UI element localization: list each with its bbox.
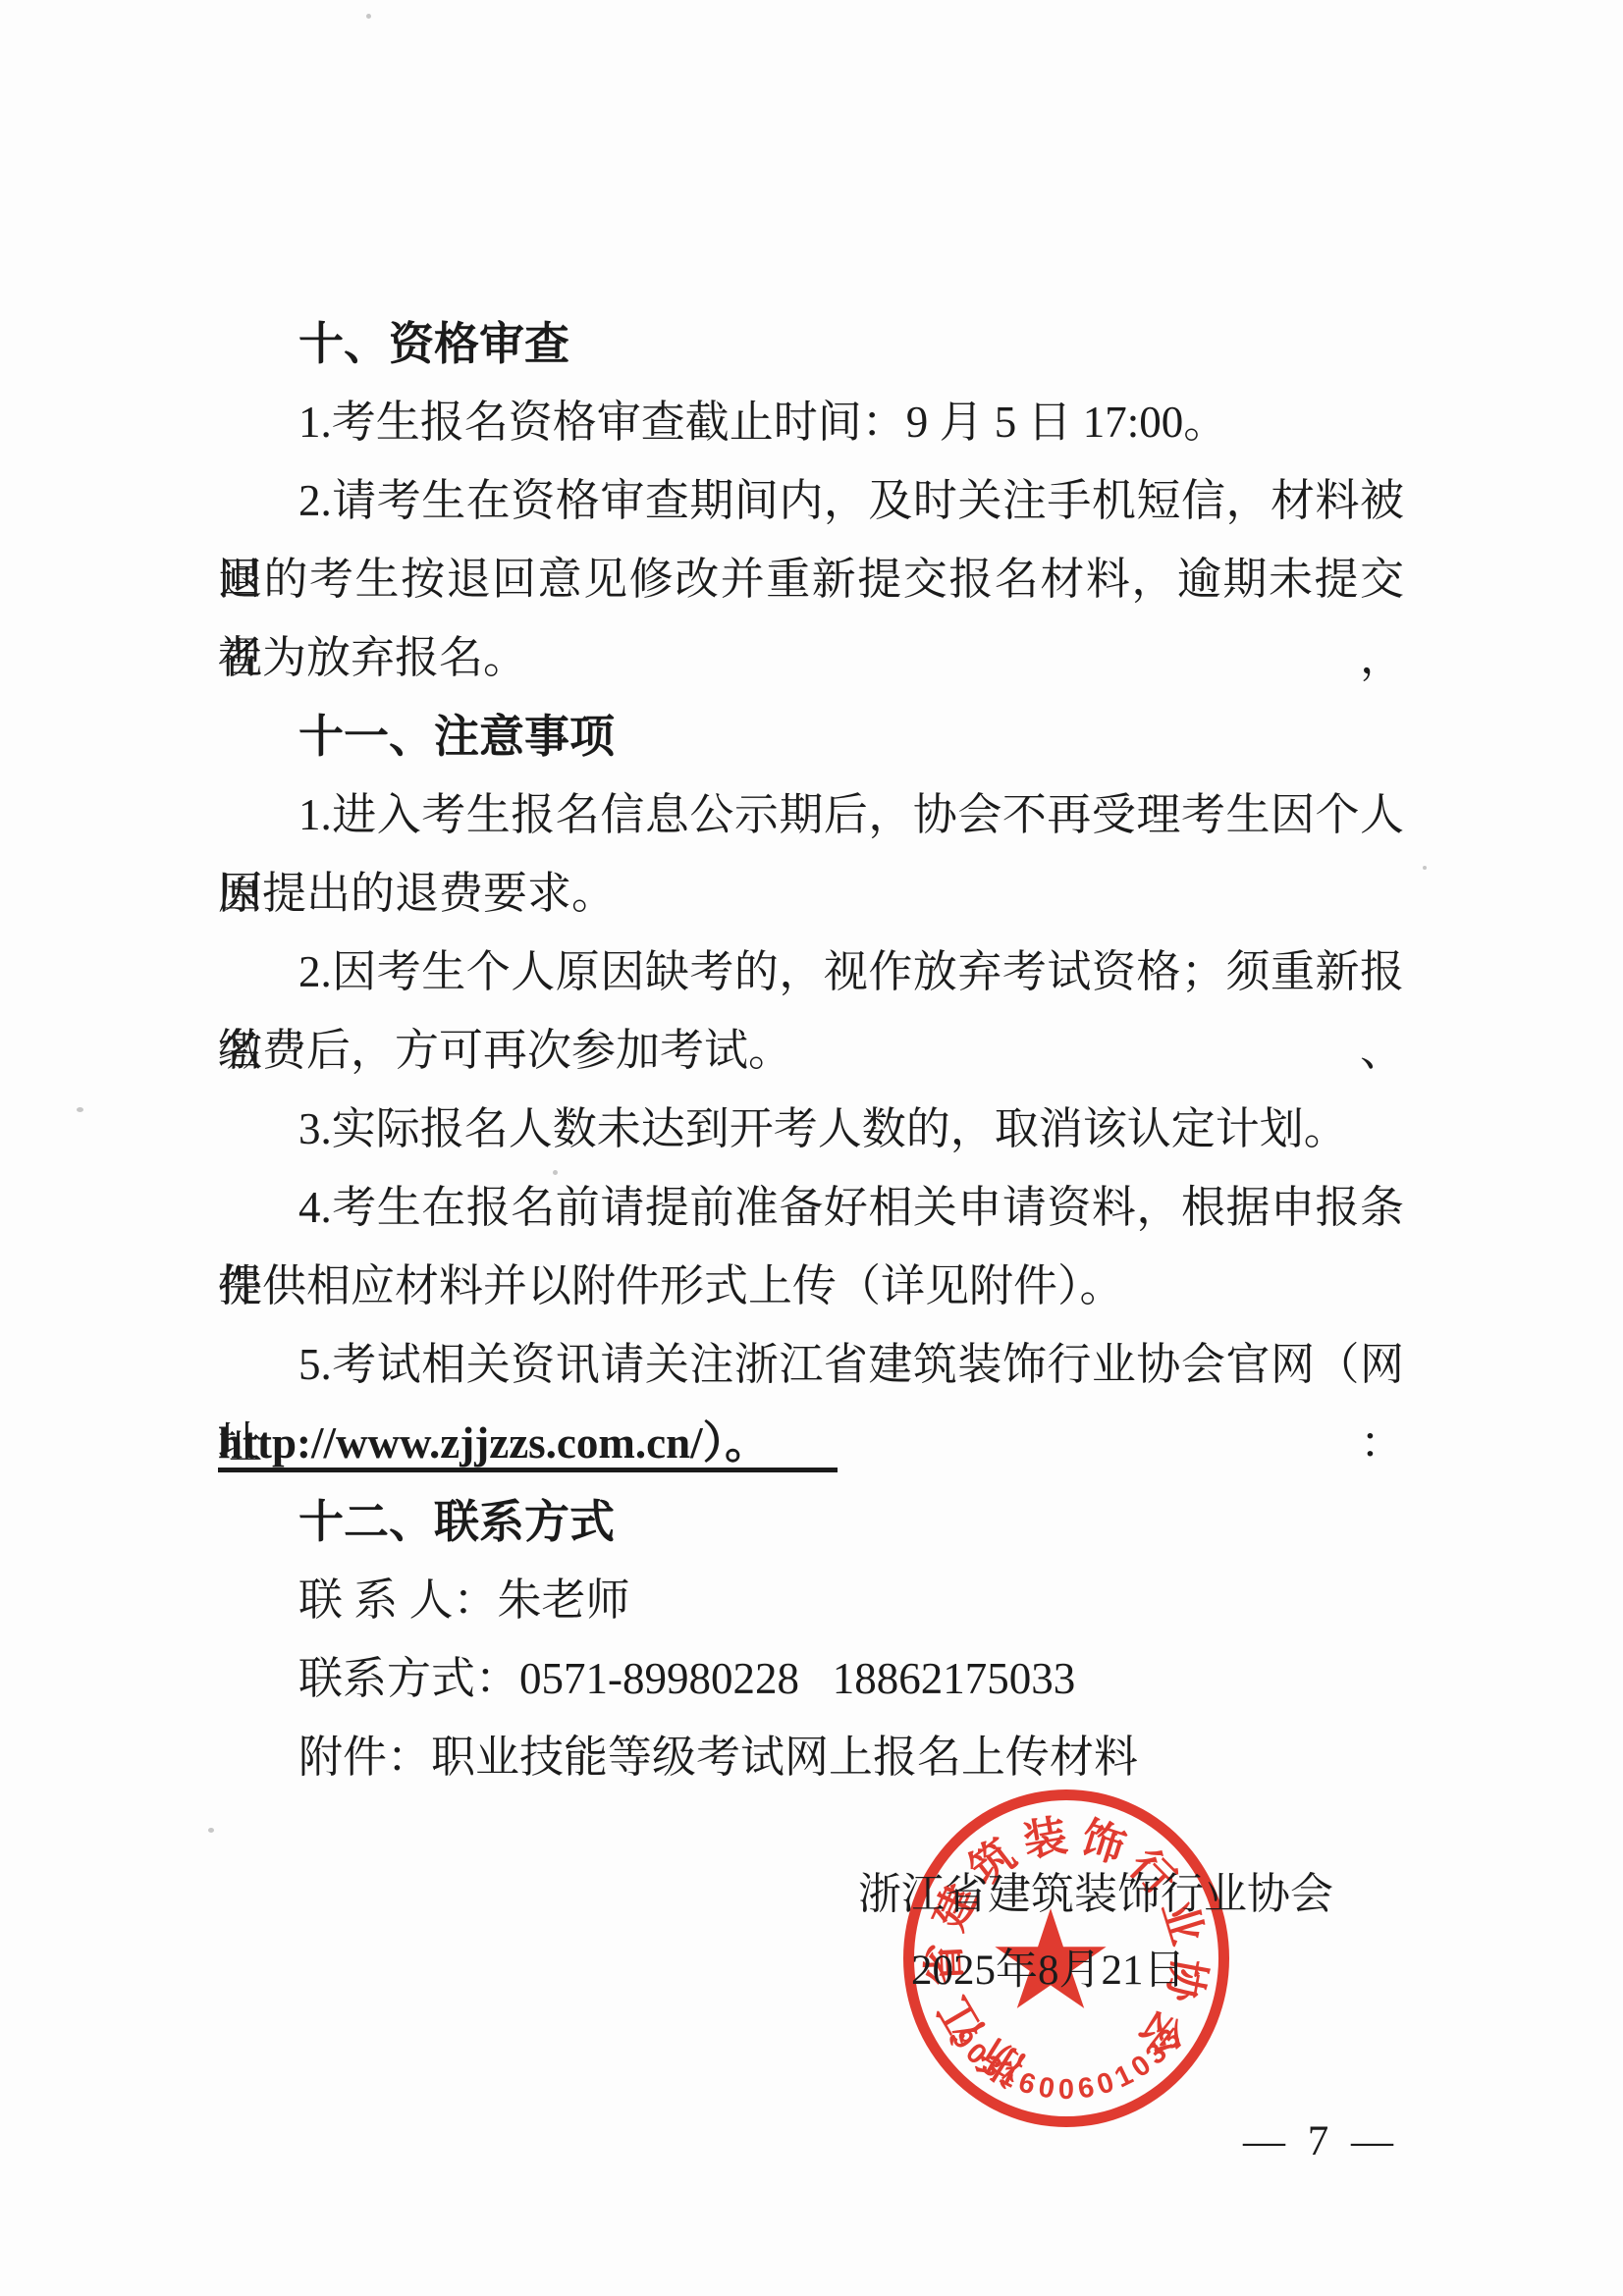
document-line: 因提出的退费要求。 [218,854,1404,933]
signature-org: 浙江省建筑装饰行业协会 [858,1865,1333,1924]
section-heading: 十二、联系方式 [218,1482,1404,1561]
scan-speck [366,14,371,19]
website-url: http://www.zjjzzs.com.cn/）。 [218,1418,838,1472]
document-line: 联 系 人：朱老师 [218,1561,1404,1639]
document-line: 1.考生报名资格审查截止时间：9 月 5 日 17:00。 [218,383,1404,461]
document-line: 2.因考生个人原因缺考的，视作放弃考试资格；须重新报名、 [218,933,1404,1011]
document-line: 3.实际报名人数未达到开考人数的，取消该认定计划。 [218,1090,1404,1168]
document-body: 十、资格审查1.考生报名资格审查截止时间：9 月 5 日 17:00。2.请考生… [218,304,1404,1796]
document-line: 回的考生按退回意见修改并重新提交报名材料，逾期未提交者， [218,540,1404,618]
document-line: 提供相应材料并以附件形式上传（详见附件）。 [218,1247,1404,1325]
document-line: 5.考试相关资讯请关注浙江省建筑装饰行业协会官网（网址： [218,1325,1404,1404]
document-line: 2.请考生在资格审查期间内，及时关注手机短信，材料被退 [218,461,1404,540]
page-number: — 7 — [1243,2112,1399,2171]
document-line: 附件：职业技能等级考试网上报名上传材料 [218,1718,1404,1796]
scan-speck [208,1828,214,1833]
scan-speck [77,1107,83,1112]
document-line: 4.考生在报名前请提前准备好相关申请资料，根据申报条件 [218,1168,1404,1247]
scan-speck [553,1170,558,1175]
signature-date: 2025年8月21日 [911,1944,1186,1999]
document-line: 1.进入考生报名信息公示期后，协会不再受理考生因个人原 [218,775,1404,854]
scan-speck [1423,866,1427,870]
section-heading: 十、资格审查 [218,304,1404,383]
document-line: 联系方式：0571-89980228 18862175033 [218,1639,1404,1718]
section-heading: 十一、注意事项 [218,697,1404,775]
document-page: 十、资格审查1.考生报名资格审查截止时间：9 月 5 日 17:00。2.请考生… [0,0,1623,2296]
